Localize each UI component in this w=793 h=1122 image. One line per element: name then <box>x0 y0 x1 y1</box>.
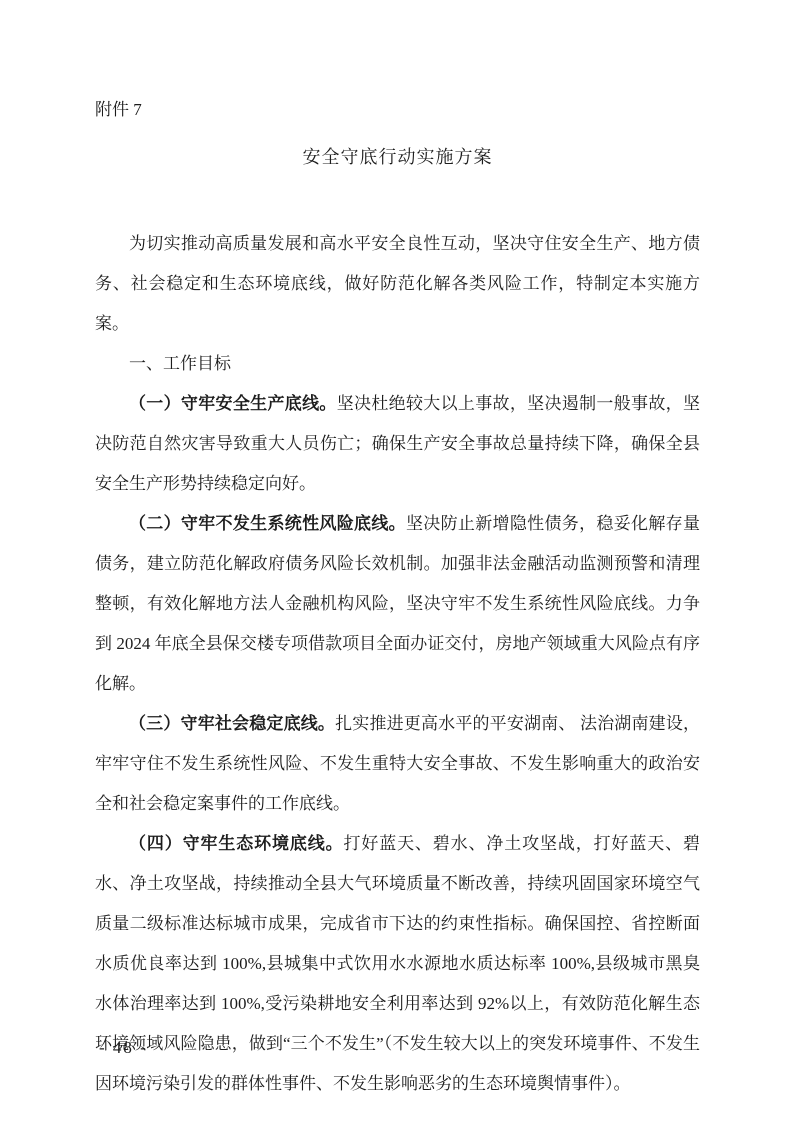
attachment-label: 附件 7 <box>95 96 700 124</box>
document-title: 安全守底行动实施方案 <box>95 142 700 172</box>
section-heading-work-goals: 一、工作目标 <box>95 344 700 384</box>
intro-paragraph: 为切实推动高质量发展和高水平安全良性互动，坚决守住安全生产、地方债务、社会稳定和… <box>95 224 700 344</box>
document-page: 附件 7 安全守底行动实施方案 为切实推动高质量发展和高水平安全良性互动，坚决守… <box>0 0 793 1122</box>
item-lead-4: （四）守牢生态环境底线。 <box>129 834 343 853</box>
item-paragraph-1: （一）守牢安全生产底线。坚决杜绝较大以上事故，坚决遏制一般事故，坚决防范自然灾害… <box>95 384 700 504</box>
item-paragraph-4: （四）守牢生态环境底线。打好蓝天、碧水、净土攻坚战，打好蓝天、碧水、净土攻坚战，… <box>95 824 700 1104</box>
item-paragraph-3: （三）守牢社会稳定底线。扎实推进更高水平的平安湖南、 法治湖南建设，牢牢守住不发… <box>95 704 700 824</box>
item-paragraph-2: （二）守牢不发生系统性风险底线。坚决防止新增隐性债务，稳妥化解存量债务，建立防范… <box>95 504 700 704</box>
item-lead-1: （一）守牢安全生产底线。 <box>129 394 337 413</box>
item-text-4: 打好蓝天、碧水、净土攻坚战，打好蓝天、碧水、净土攻坚战，持续推动全县大气环境质量… <box>95 834 700 1093</box>
document-body: 为切实推动高质量发展和高水平安全良性互动，坚决守住安全生产、地方债务、社会稳定和… <box>95 224 700 1104</box>
page-number: - 48 - <box>99 1036 148 1060</box>
item-lead-2: （二）守牢不发生系统性风险底线。 <box>129 514 406 533</box>
item-text-2: 坚决防止新增隐性债务，稳妥化解存量债务，建立防范化解政府债务风险长效机制。加强非… <box>95 514 700 693</box>
item-lead-3: （三）守牢社会稳定底线。 <box>129 714 335 733</box>
